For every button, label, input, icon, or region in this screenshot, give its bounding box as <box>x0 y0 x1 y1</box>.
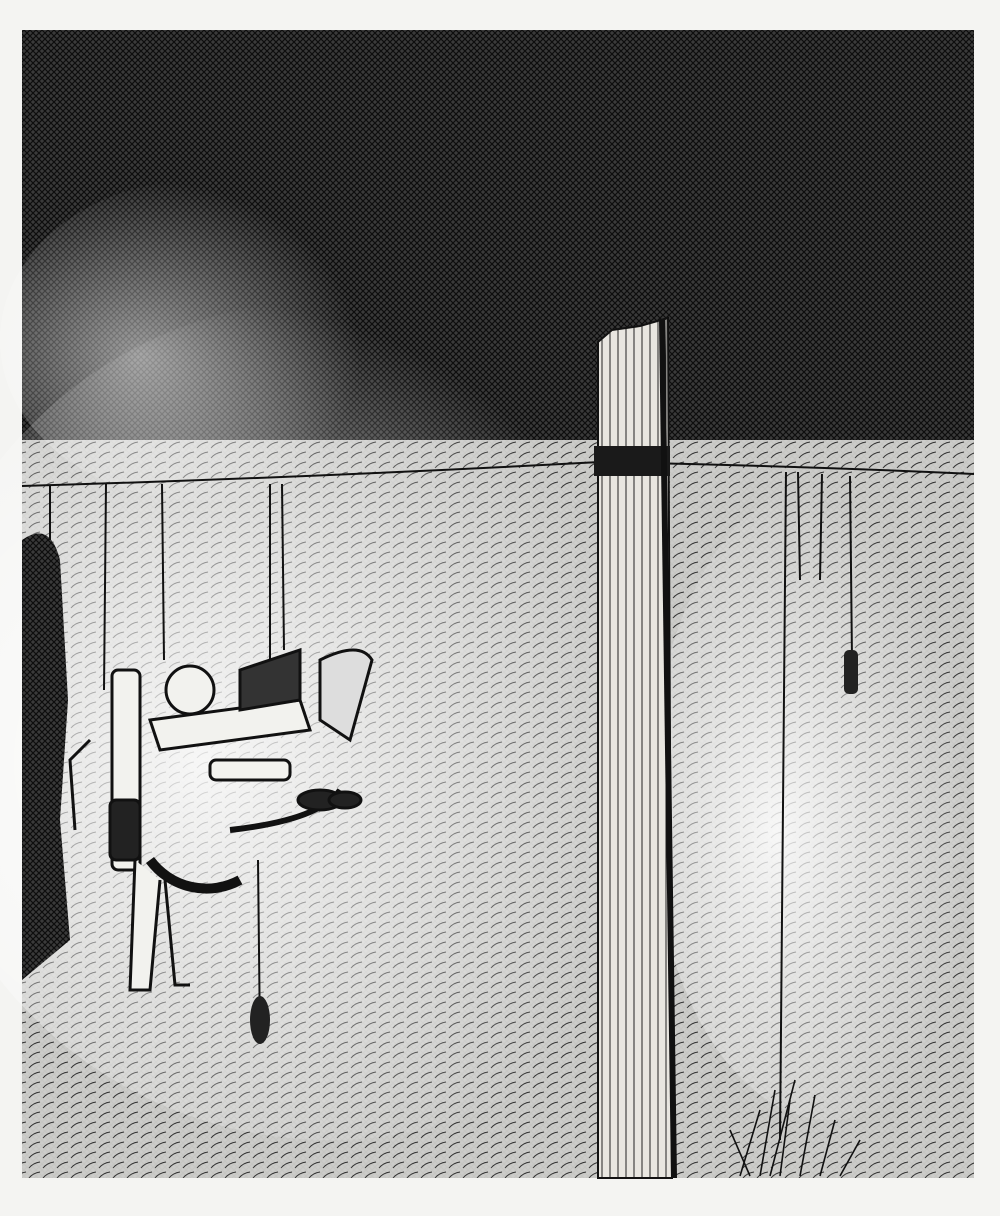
illustration <box>0 0 1000 1216</box>
hanging-knot <box>250 996 270 1044</box>
hanging-weight <box>844 650 858 694</box>
wooden-post <box>594 318 674 1178</box>
